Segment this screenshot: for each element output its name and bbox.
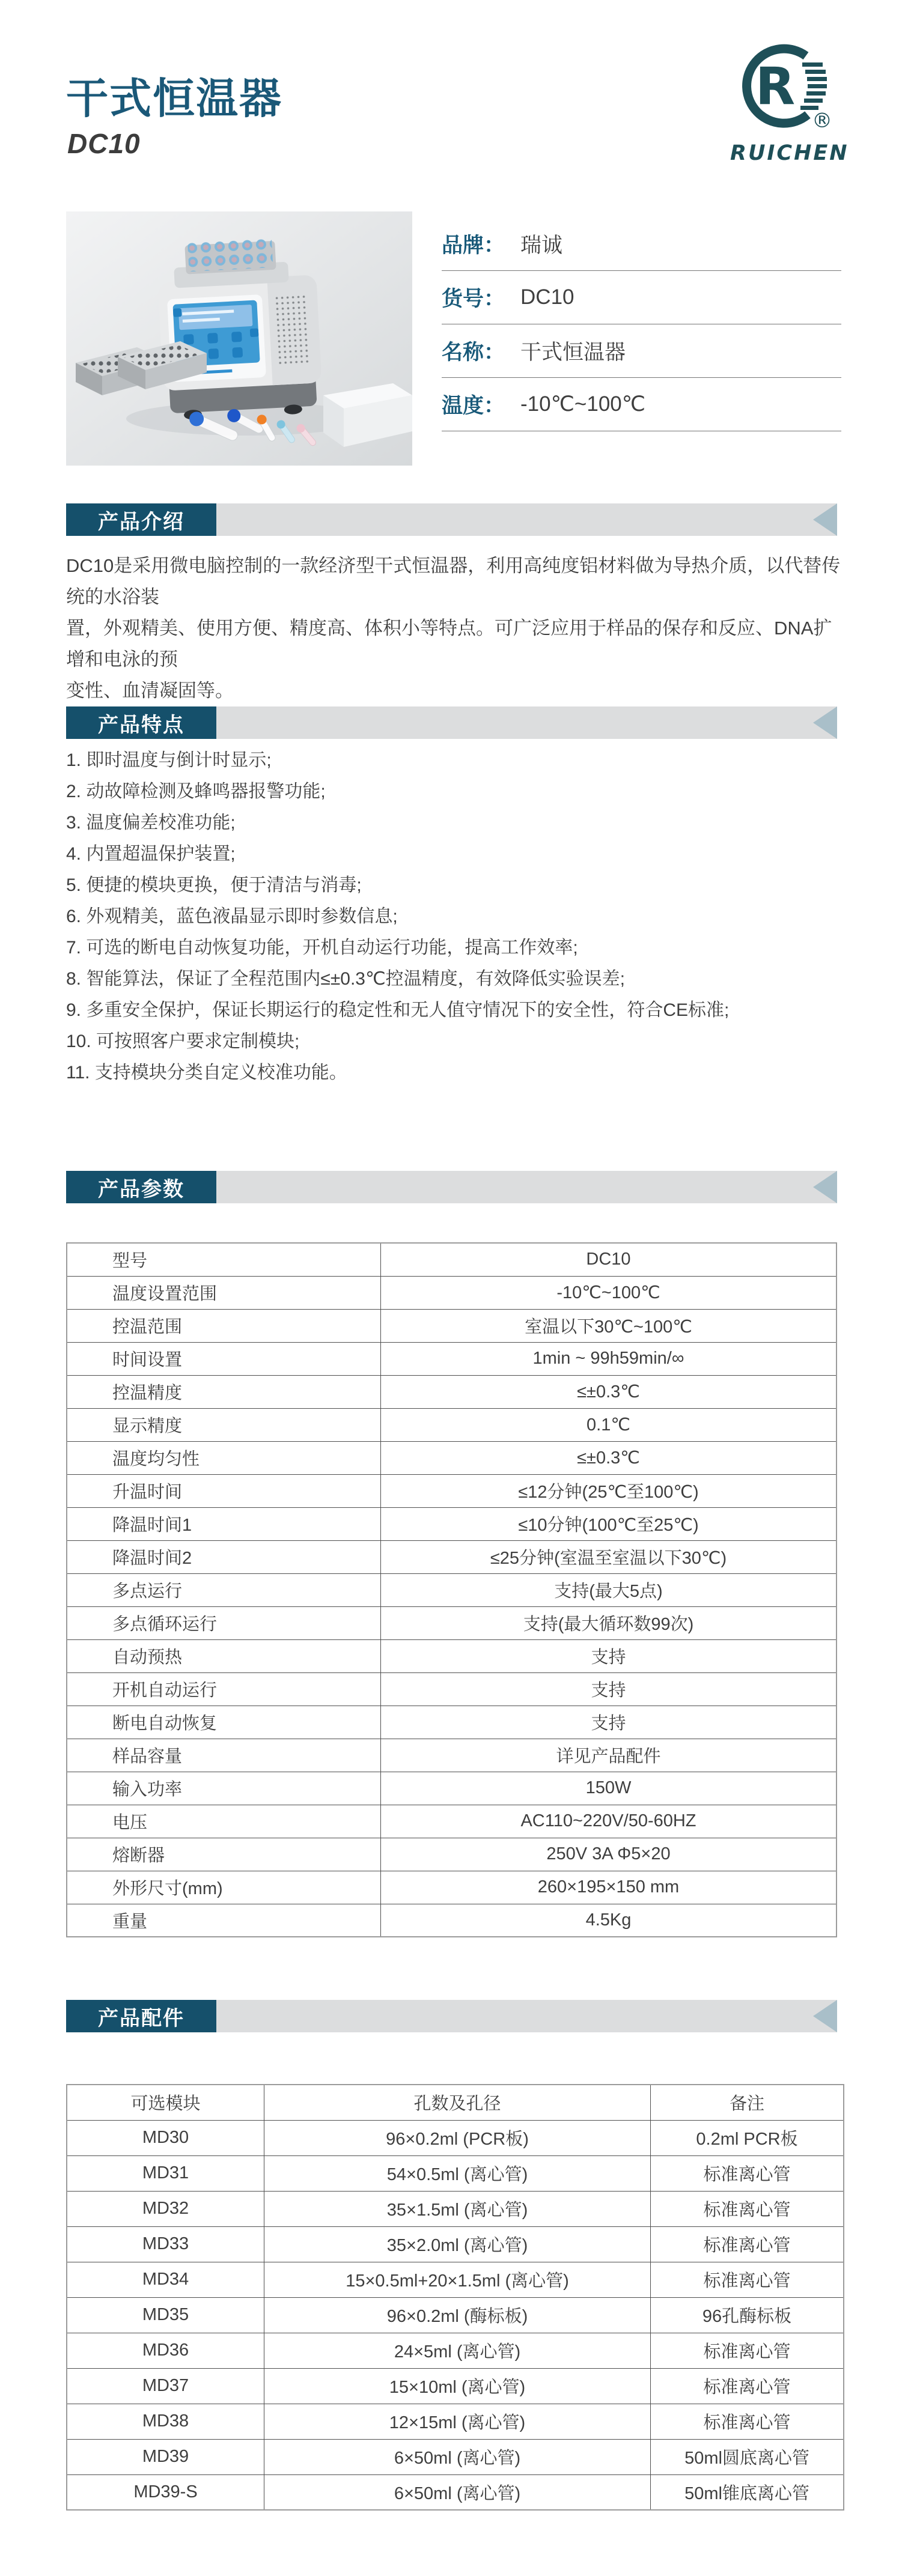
table-row: 外形尺寸(mm)260×195×150 mm bbox=[67, 1871, 836, 1904]
info-value: 干式恒温器 bbox=[520, 336, 626, 366]
section-header-params: 产品参数 bbox=[66, 1171, 837, 1203]
param-value: -10℃~100℃ bbox=[381, 1276, 837, 1309]
info-value: 瑞诚 bbox=[520, 229, 562, 259]
param-value: 260×195×150 mm bbox=[381, 1871, 837, 1904]
table-row: 升温时间≤12分钟(25℃至100℃) bbox=[67, 1474, 836, 1507]
param-value: 支持 bbox=[381, 1706, 837, 1739]
remark: 标准离心管 bbox=[651, 2333, 844, 2368]
param-name: 降温时间1 bbox=[67, 1507, 381, 1540]
section-title-accessories: 产品配件 bbox=[66, 2000, 216, 2032]
param-value: ≤12分钟(25℃至100℃) bbox=[381, 1474, 837, 1507]
param-name: 自动预热 bbox=[67, 1639, 381, 1672]
remark: 标准离心管 bbox=[651, 2226, 844, 2262]
param-name: 升温时间 bbox=[67, 1474, 381, 1507]
section-header-intro: 产品介绍 bbox=[66, 503, 837, 536]
table-row: 降温时间1≤10分钟(100℃至25℃) bbox=[67, 1507, 836, 1540]
param-name: 降温时间2 bbox=[67, 1540, 381, 1573]
well-spec: 96×0.2ml (酶标板) bbox=[264, 2297, 651, 2333]
table-row: 输入功率150W bbox=[67, 1772, 836, 1805]
module-code: MD36 bbox=[67, 2333, 264, 2368]
table-row: MD3715×10ml (离心管)标准离心管 bbox=[67, 2368, 844, 2404]
feature-item: 6. 外观精美，蓝色液晶显示即时参数信息; bbox=[66, 901, 847, 932]
section-bar bbox=[216, 1171, 837, 1203]
section-header-accessories: 产品配件 bbox=[66, 2000, 837, 2032]
table-row: 多点运行支持(最大5点) bbox=[67, 1573, 836, 1606]
well-spec: 12×15ml (离心管) bbox=[264, 2404, 651, 2439]
table-row: 多点循环运行支持(最大循环数99次) bbox=[67, 1606, 836, 1639]
param-value: 室温以下30℃~100℃ bbox=[381, 1309, 837, 1342]
param-value: 支持 bbox=[381, 1672, 837, 1706]
column-header: 可选模块 bbox=[67, 2085, 264, 2120]
param-name: 温度设置范围 bbox=[67, 1276, 381, 1309]
module-code: MD35 bbox=[67, 2297, 264, 2333]
product-model: DC10 bbox=[67, 127, 141, 160]
param-name: 输入功率 bbox=[67, 1772, 381, 1805]
param-value: 支持(最大循环数99次) bbox=[381, 1606, 837, 1639]
intro-paragraph: DC10是采用微电脑控制的一款经济型干式恒温器，利用高纯度铝材料做为导热介质，以… bbox=[66, 550, 847, 706]
feature-item: 10. 可按照客户要求定制模块; bbox=[66, 1026, 847, 1057]
info-value: -10℃~100℃ bbox=[520, 392, 645, 416]
table-row: MD3624×5ml (离心管)标准离心管 bbox=[67, 2333, 844, 2368]
feature-item: 2. 动故障检测及蜂鸣器报警功能; bbox=[66, 776, 847, 807]
table-row: MD3596×0.2ml (酶标板)96孔酶标板 bbox=[67, 2297, 844, 2333]
table-row: 控温精度≤±0.3℃ bbox=[67, 1375, 836, 1408]
table-row: MD3415×0.5ml+20×1.5ml (离心管)标准离心管 bbox=[67, 2262, 844, 2297]
well-spec: 54×0.5ml (离心管) bbox=[264, 2155, 651, 2191]
info-label: 品牌： bbox=[442, 229, 505, 259]
param-name: 外形尺寸(mm) bbox=[67, 1871, 381, 1904]
table-header-row: 可选模块孔数及孔径备注 bbox=[67, 2085, 844, 2120]
well-spec: 35×1.5ml (离心管) bbox=[264, 2191, 651, 2226]
param-table: 型号DC10温度设置范围-10℃~100℃控温范围室温以下30℃~100℃时间设… bbox=[66, 1242, 837, 1937]
table-row: 温度设置范围-10℃~100℃ bbox=[67, 1276, 836, 1309]
section-title-intro: 产品介绍 bbox=[66, 503, 216, 536]
svg-text:R: R bbox=[755, 56, 795, 117]
module-code: MD30 bbox=[67, 2120, 264, 2155]
ruicheng-logo-icon: R ® RUICHENG bbox=[729, 42, 849, 165]
table-row: 自动预热支持 bbox=[67, 1639, 836, 1672]
info-label: 名称： bbox=[442, 336, 505, 366]
chevron-left-icon bbox=[813, 503, 837, 536]
param-value: 1min ~ 99h59min/∞ bbox=[381, 1342, 837, 1375]
feature-item: 7. 可选的断电自动恢复功能，开机自动运行功能，提高工作效率; bbox=[66, 932, 847, 964]
param-name: 时间设置 bbox=[67, 1342, 381, 1375]
column-header: 孔数及孔径 bbox=[264, 2085, 651, 2120]
table-row: 型号DC10 bbox=[67, 1243, 836, 1276]
param-name: 控温范围 bbox=[67, 1309, 381, 1342]
feature-item: 5. 便捷的模块更换，便于清洁与消毒; bbox=[66, 870, 847, 901]
table-row: 断电自动恢复支持 bbox=[67, 1706, 836, 1739]
remark: 0.2ml PCR板 bbox=[651, 2120, 844, 2155]
param-name: 控温精度 bbox=[67, 1375, 381, 1408]
info-row: 温度：-10℃~100℃ bbox=[442, 378, 841, 431]
well-spec: 35×2.0ml (离心管) bbox=[264, 2226, 651, 2262]
table-row: 样品容量详见产品配件 bbox=[67, 1739, 836, 1772]
module-code: MD32 bbox=[67, 2191, 264, 2226]
param-value: AC110~220V/50-60HZ bbox=[381, 1805, 837, 1838]
table-row: MD3154×0.5ml (离心管)标准离心管 bbox=[67, 2155, 844, 2191]
page-title: 干式恒温器 bbox=[66, 65, 282, 126]
param-value: 详见产品配件 bbox=[381, 1739, 837, 1772]
module-code: MD39 bbox=[67, 2439, 264, 2474]
remark: 标准离心管 bbox=[651, 2404, 844, 2439]
param-name: 样品容量 bbox=[67, 1739, 381, 1772]
chevron-left-icon bbox=[813, 1171, 837, 1203]
param-name: 温度均匀性 bbox=[67, 1441, 381, 1474]
table-row: MD3096×0.2ml (PCR板)0.2ml PCR板 bbox=[67, 2120, 844, 2155]
well-spec: 6×50ml (离心管) bbox=[264, 2439, 651, 2474]
param-name: 多点运行 bbox=[67, 1573, 381, 1606]
info-label: 温度： bbox=[442, 389, 505, 419]
table-row: MD3235×1.5ml (离心管)标准离心管 bbox=[67, 2191, 844, 2226]
info-value: DC10 bbox=[520, 285, 574, 309]
product-info-list: 品牌：瑞诚货号：DC10名称：干式恒温器温度：-10℃~100℃ bbox=[442, 217, 841, 431]
registered-mark: ® bbox=[812, 109, 832, 133]
remark: 50ml圆底离心管 bbox=[651, 2439, 844, 2474]
remark: 96孔酶标板 bbox=[651, 2297, 844, 2333]
info-row: 品牌：瑞诚 bbox=[442, 217, 841, 271]
table-row: 电压AC110~220V/50-60HZ bbox=[67, 1805, 836, 1838]
section-title-features: 产品特点 bbox=[66, 706, 216, 739]
param-name: 显示精度 bbox=[67, 1408, 381, 1441]
module-code: MD37 bbox=[67, 2368, 264, 2404]
table-row: 开机自动运行支持 bbox=[67, 1672, 836, 1706]
param-name: 熔断器 bbox=[67, 1838, 381, 1871]
table-row: 温度均匀性≤±0.3℃ bbox=[67, 1441, 836, 1474]
param-value: 支持(最大5点) bbox=[381, 1573, 837, 1606]
well-spec: 6×50ml (离心管) bbox=[264, 2474, 651, 2510]
table-row: 时间设置1min ~ 99h59min/∞ bbox=[67, 1342, 836, 1375]
param-name: 电压 bbox=[67, 1805, 381, 1838]
param-value: 支持 bbox=[381, 1639, 837, 1672]
well-spec: 15×10ml (离心管) bbox=[264, 2368, 651, 2404]
table-row: MD39-S6×50ml (离心管)50ml锥底离心管 bbox=[67, 2474, 844, 2510]
feature-item: 1. 即时温度与倒计时显示; bbox=[66, 745, 847, 776]
table-row: 熔断器250V 3A Φ5×20 bbox=[67, 1838, 836, 1871]
param-value: DC10 bbox=[381, 1243, 837, 1276]
info-label: 货号： bbox=[442, 282, 505, 312]
remark: 50ml锥底离心管 bbox=[651, 2474, 844, 2510]
feature-item: 3. 温度偏差校准功能; bbox=[66, 807, 847, 839]
feature-item: 4. 内置超温保护装置; bbox=[66, 839, 847, 870]
brand-logo: R ® RUICHENG bbox=[729, 42, 849, 165]
module-code: MD38 bbox=[67, 2404, 264, 2439]
feature-item: 9. 多重安全保护，保证长期运行的稳定性和无人值守情况下的安全性，符合CE标准; bbox=[66, 995, 847, 1026]
feature-item: 8. 智能算法，保证了全程范围内≤±0.3℃控温精度，有效降低实验误差; bbox=[66, 964, 847, 995]
param-value: ≤10分钟(100℃至25℃) bbox=[381, 1507, 837, 1540]
module-code: MD39-S bbox=[67, 2474, 264, 2510]
remark: 标准离心管 bbox=[651, 2368, 844, 2404]
param-name: 型号 bbox=[67, 1243, 381, 1276]
param-value: 150W bbox=[381, 1772, 837, 1805]
section-bar bbox=[216, 706, 837, 739]
param-value: ≤±0.3℃ bbox=[381, 1375, 837, 1408]
product-photo bbox=[66, 211, 412, 466]
well-spec: 15×0.5ml+20×1.5ml (离心管) bbox=[264, 2262, 651, 2297]
param-value: 4.5Kg bbox=[381, 1904, 837, 1937]
table-row: 降温时间2≤25分钟(室温至室温以下30℃) bbox=[67, 1540, 836, 1573]
remark: 标准离心管 bbox=[651, 2262, 844, 2297]
param-name: 开机自动运行 bbox=[67, 1672, 381, 1706]
section-title-params: 产品参数 bbox=[66, 1171, 216, 1203]
section-bar bbox=[216, 503, 837, 536]
param-value: ≤±0.3℃ bbox=[381, 1441, 837, 1474]
remark: 标准离心管 bbox=[651, 2191, 844, 2226]
param-name: 断电自动恢复 bbox=[67, 1706, 381, 1739]
column-header: 备注 bbox=[651, 2085, 844, 2120]
param-value: ≤25分钟(室温至室温以下30℃) bbox=[381, 1540, 837, 1573]
accessories-table: 可选模块孔数及孔径备注MD3096×0.2ml (PCR板)0.2ml PCR板… bbox=[66, 2084, 844, 2511]
remark: 标准离心管 bbox=[651, 2155, 844, 2191]
section-bar bbox=[216, 2000, 837, 2032]
table-row: 控温范围室温以下30℃~100℃ bbox=[67, 1309, 836, 1342]
info-row: 名称：干式恒温器 bbox=[442, 324, 841, 378]
features-list: 1. 即时温度与倒计时显示;2. 动故障检测及蜂鸣器报警功能;3. 温度偏差校准… bbox=[66, 745, 847, 1089]
logo-wordmark: RUICHENG bbox=[730, 141, 849, 165]
module-code: MD34 bbox=[67, 2262, 264, 2297]
info-row: 货号：DC10 bbox=[442, 271, 841, 324]
module-code: MD31 bbox=[67, 2155, 264, 2191]
table-row: 显示精度0.1℃ bbox=[67, 1408, 836, 1441]
table-row: MD396×50ml (离心管)50ml圆底离心管 bbox=[67, 2439, 844, 2474]
table-row: 重量4.5Kg bbox=[67, 1904, 836, 1937]
table-row: MD3335×2.0ml (离心管)标准离心管 bbox=[67, 2226, 844, 2262]
section-header-features: 产品特点 bbox=[66, 706, 837, 739]
param-name: 重量 bbox=[67, 1904, 381, 1937]
param-value: 250V 3A Φ5×20 bbox=[381, 1838, 837, 1871]
param-value: 0.1℃ bbox=[381, 1408, 837, 1441]
well-spec: 24×5ml (离心管) bbox=[264, 2333, 651, 2368]
table-row: MD3812×15ml (离心管)标准离心管 bbox=[67, 2404, 844, 2439]
chevron-left-icon bbox=[813, 706, 837, 739]
chevron-left-icon bbox=[813, 2000, 837, 2032]
module-code: MD33 bbox=[67, 2226, 264, 2262]
well-spec: 96×0.2ml (PCR板) bbox=[264, 2120, 651, 2155]
param-name: 多点循环运行 bbox=[67, 1606, 381, 1639]
feature-item: 11. 支持模块分类自定义校准功能。 bbox=[66, 1057, 847, 1089]
